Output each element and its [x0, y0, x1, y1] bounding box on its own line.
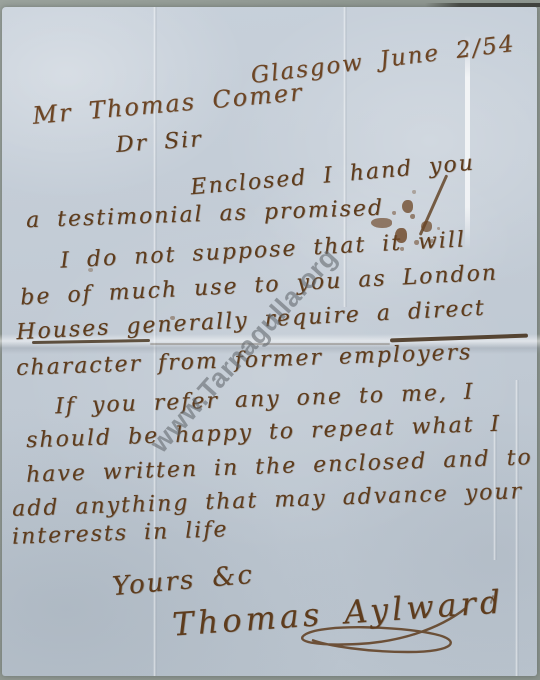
ink-blot — [430, 239, 434, 243]
ink-speck — [170, 316, 175, 320]
ink-blot — [421, 221, 432, 232]
paper-crease-vertical — [465, 35, 470, 250]
ink-blot — [410, 214, 415, 219]
ink-speck — [88, 268, 93, 272]
flourish-stroke — [302, 608, 466, 652]
signature-flourish — [248, 596, 478, 666]
ink-blot — [395, 228, 407, 243]
ink-blot — [412, 190, 416, 194]
paper-edge-shadow — [425, 3, 540, 7]
ink-blot — [402, 200, 413, 213]
paper-crease-vertical — [515, 380, 519, 676]
ink-blot — [437, 227, 440, 230]
scanned-letter-page: { "document_type": "scanned handwritten … — [0, 0, 540, 680]
ink-blot — [414, 240, 419, 245]
ink-blot — [392, 211, 396, 215]
ink-blot — [371, 218, 392, 228]
ink-blot — [400, 247, 404, 251]
